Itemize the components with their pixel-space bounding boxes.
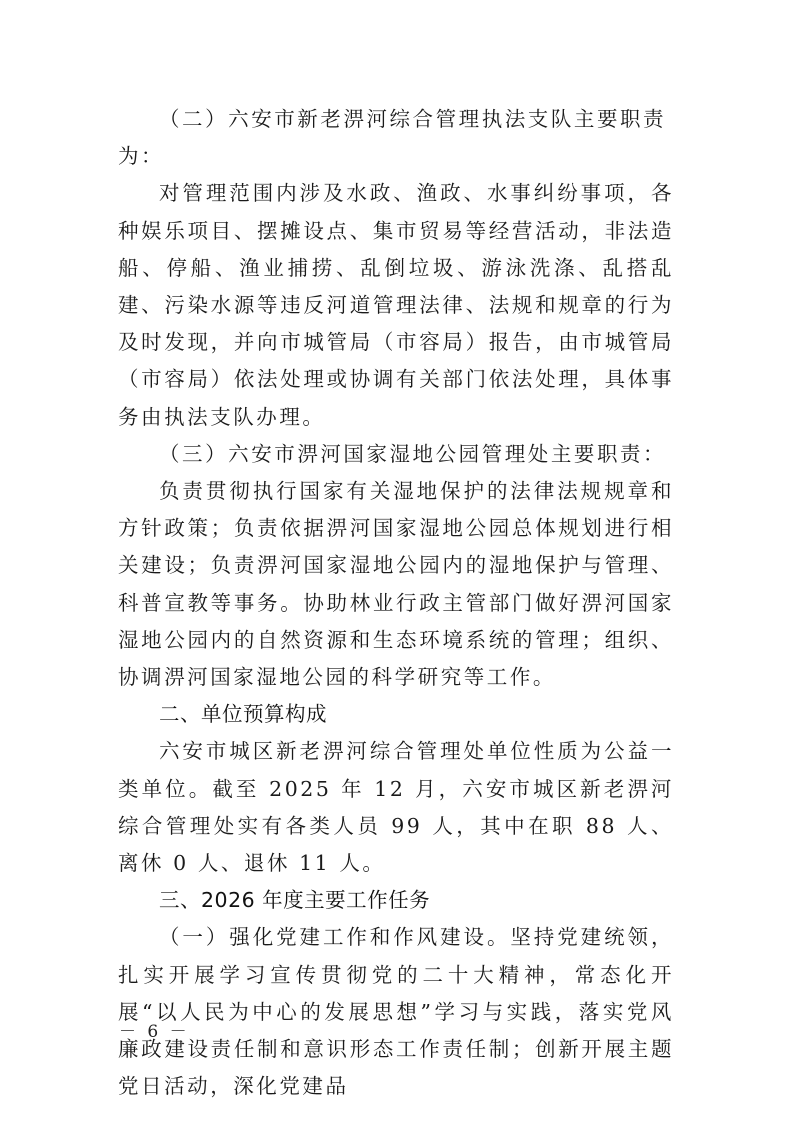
body-paragraph-party-building: （一）强化党建工作和作风建设。坚持党建统领，扎实开展学习宣传贯彻党的二十大精神，… bbox=[118, 919, 674, 1105]
section-heading-main-tasks: 三、2026 年度主要工作任务 bbox=[118, 882, 674, 919]
body-paragraph-staffing: 六安市城区新老淠河综合管理处单位性质为公益一类单位。截至 2025 年 12 月… bbox=[118, 733, 674, 882]
document-page: （二）六安市新老淠河综合管理执法支队主要职责为： 对管理范围内涉及水政、渔政、水… bbox=[118, 101, 674, 1105]
body-paragraph-enforcement-duties: 对管理范围内涉及水政、渔政、水事纠纷事项，各种娱乐项目、摆摊设点、集市贸易等经营… bbox=[118, 175, 674, 435]
section-subheading-2: （二）六安市新老淠河综合管理执法支队主要职责为： bbox=[118, 101, 674, 175]
section-heading-budget-composition: 二、单位预算构成 bbox=[118, 696, 674, 733]
section-subheading-3: （三）六安市淠河国家湿地公园管理处主要职责： bbox=[118, 436, 674, 473]
body-paragraph-wetland-park-duties: 负责贯彻执行国家有关湿地保护的法律法规规章和方针政策；负责依据淠河国家湿地公园总… bbox=[118, 473, 674, 696]
page-number: － 6 － bbox=[119, 1017, 190, 1042]
